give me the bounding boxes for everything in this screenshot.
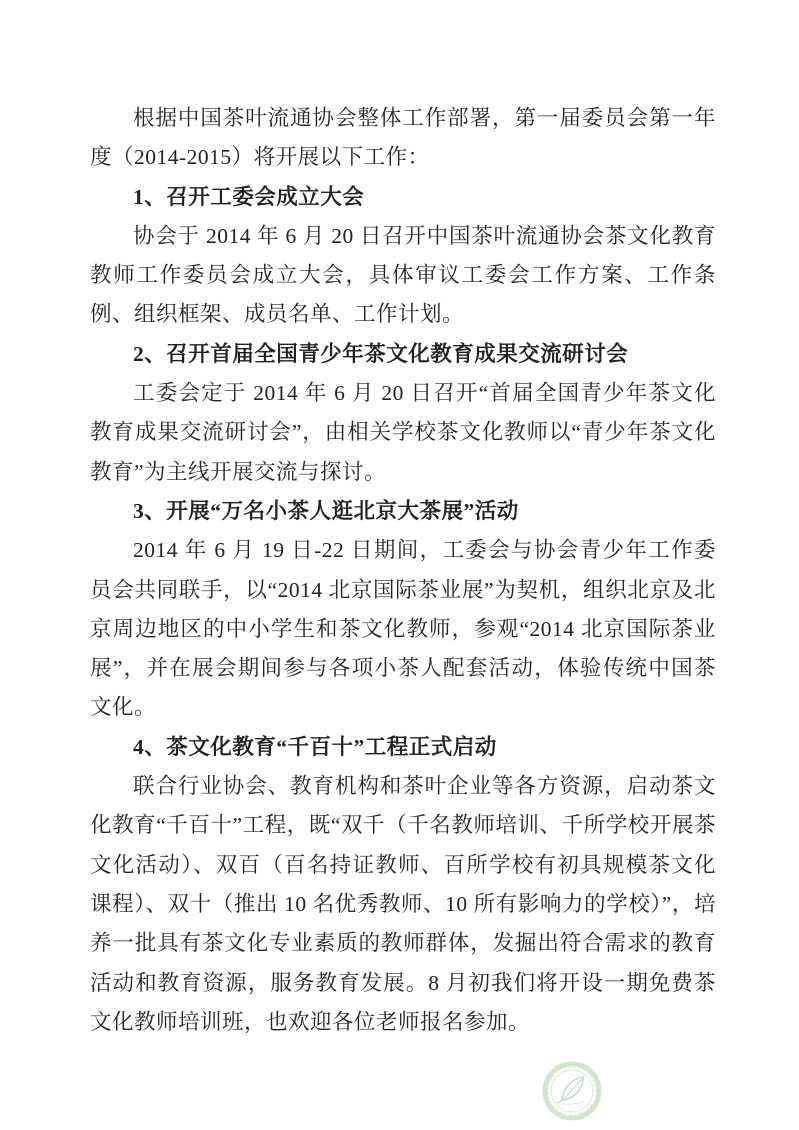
section-3-heading: 3、开展“万名小茶人逛北京大茶展”活动 (90, 492, 716, 531)
section-3-body: 2014 年 6 月 19 日-22 日期间，工委会与协会青少年工作委员会共同联… (90, 531, 716, 727)
document-body: 根据中国茶叶流通协会整体工作部署，第一届委员会第一年度（2014-2015）将开… (90, 99, 716, 1042)
section-1-body: 协会于 2014 年 6 月 20 日召开中国茶叶流通协会茶文化教育教师工作委员… (90, 217, 716, 335)
document-page: 根据中国茶叶流通协会整体工作部署，第一届委员会第一年度（2014-2015）将开… (0, 0, 799, 1130)
leaf-seal-watermark (540, 1059, 604, 1123)
section-2-heading: 2、召开首届全国青少年茶文化教育成果交流研讨会 (90, 335, 716, 374)
section-4-heading: 4、茶文化教育“千百十”工程正式启动 (90, 728, 716, 767)
section-1-heading: 1、召开工委会成立大会 (90, 178, 716, 217)
section-2-body: 工委会定于 2014 年 6 月 20 日召开“首届全国青少年茶文化教育成果交流… (90, 374, 716, 492)
leaf-seal-icon (540, 1059, 604, 1123)
section-4-body: 联合行业协会、教育机构和茶叶企业等各方资源，启动茶文化教育“千百十”工程，既“双… (90, 767, 716, 1042)
intro-paragraph: 根据中国茶叶流通协会整体工作部署，第一届委员会第一年度（2014-2015）将开… (90, 99, 716, 178)
